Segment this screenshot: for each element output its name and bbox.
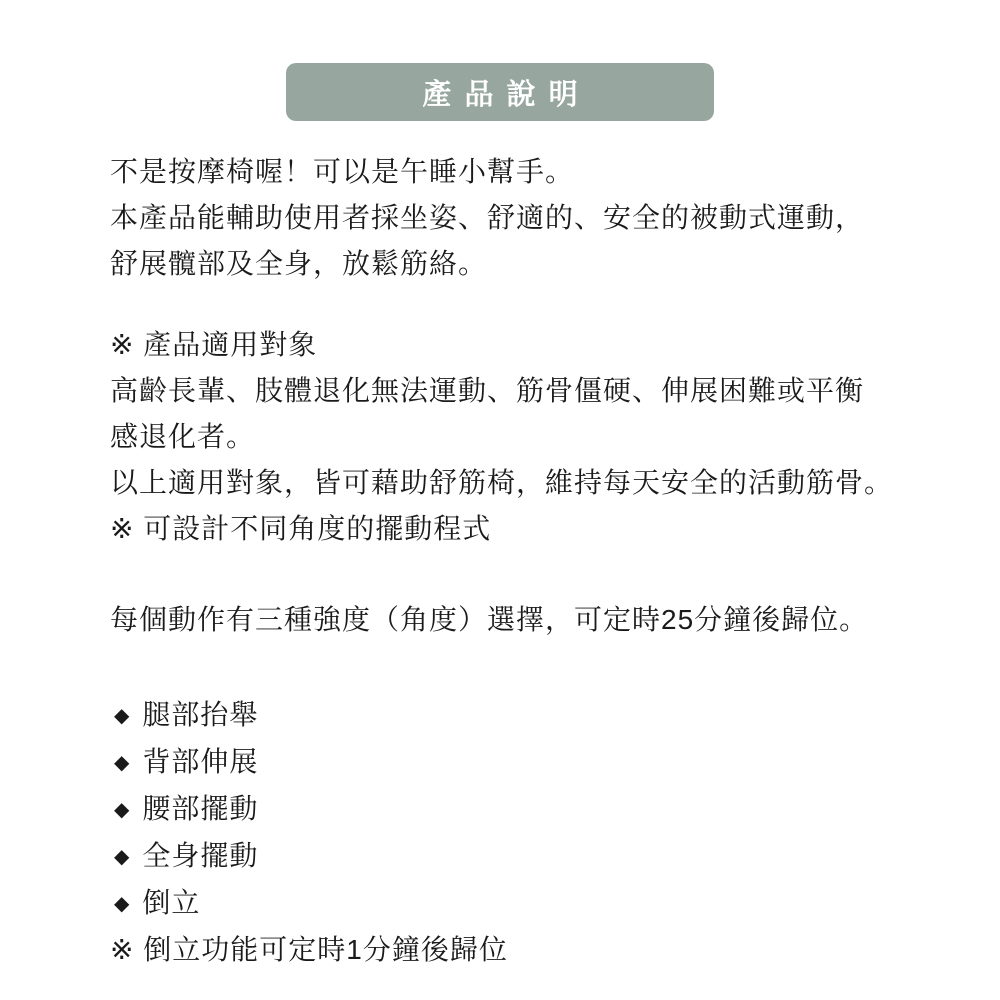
diamond-bullet-icon: ◆ [114,835,130,880]
product-description-page: 產品說明 不是按摩椅喔！可以是午睡小幫手。 本產品能輔助使用者採坐姿、舒適的、安… [0,0,1000,1000]
intro-line: 不是按摩椅喔！可以是午睡小幫手。 [110,149,970,195]
timing-line: 每個動作有三種強度（角度）選擇，可定時25分鐘後歸位。 [110,597,970,643]
motion-label: 腿部抬舉 [142,699,258,730]
section-header-badge: 產品說明 [286,63,714,121]
audience-line: 高齡長輩、肢體退化無法運動、筋骨僵硬、伸展困難或平衡 [110,368,970,414]
diamond-bullet-icon: ◆ [114,788,130,833]
diamond-bullet-icon: ◆ [114,741,130,786]
motion-list: ◆腿部抬舉 ◆背部伸展 ◆腰部擺動 ◆全身擺動 ◆倒立 [110,692,970,927]
description-content: 不是按摩椅喔！可以是午睡小幫手。 本產品能輔助使用者採坐姿、舒適的、安全的被動式… [0,149,1000,973]
list-item: ◆全身擺動 [114,833,970,880]
audience-paragraph: ※ 產品適用對象 高齡長輩、肢體退化無法運動、筋骨僵硬、伸展困難或平衡 感退化者… [110,322,970,552]
program-note: ※ 可設計不同角度的擺動程式 [110,506,970,552]
intro-paragraph: 不是按摩椅喔！可以是午睡小幫手。 本產品能輔助使用者採坐姿、舒適的、安全的被動式… [110,149,970,287]
list-item: ◆腰部擺動 [114,786,970,833]
motion-label: 倒立 [142,887,200,918]
intro-line: 本產品能輔助使用者採坐姿、舒適的、安全的被動式運動， [110,195,970,241]
page-title: 產品說明 [409,72,590,113]
motion-label: 全身擺動 [142,840,258,871]
diamond-bullet-icon: ◆ [114,882,130,927]
motion-label: 背部伸展 [142,746,258,777]
list-item: ◆倒立 [114,880,970,927]
timing-paragraph: 每個動作有三種強度（角度）選擇，可定時25分鐘後歸位。 [110,597,970,643]
audience-line: 以上適用對象，皆可藉助舒筋椅，維持每天安全的活動筋骨。 [110,460,970,506]
list-item: ◆背部伸展 [114,739,970,786]
audience-heading: ※ 產品適用對象 [110,322,970,368]
motion-label: 腰部擺動 [142,793,258,824]
inversion-timer-note: ※ 倒立功能可定時1分鐘後歸位 [110,927,970,973]
list-item: ◆腿部抬舉 [114,692,970,739]
diamond-bullet-icon: ◆ [114,694,130,739]
intro-line: 舒展髖部及全身，放鬆筋絡。 [110,241,970,287]
audience-line: 感退化者。 [110,414,970,460]
